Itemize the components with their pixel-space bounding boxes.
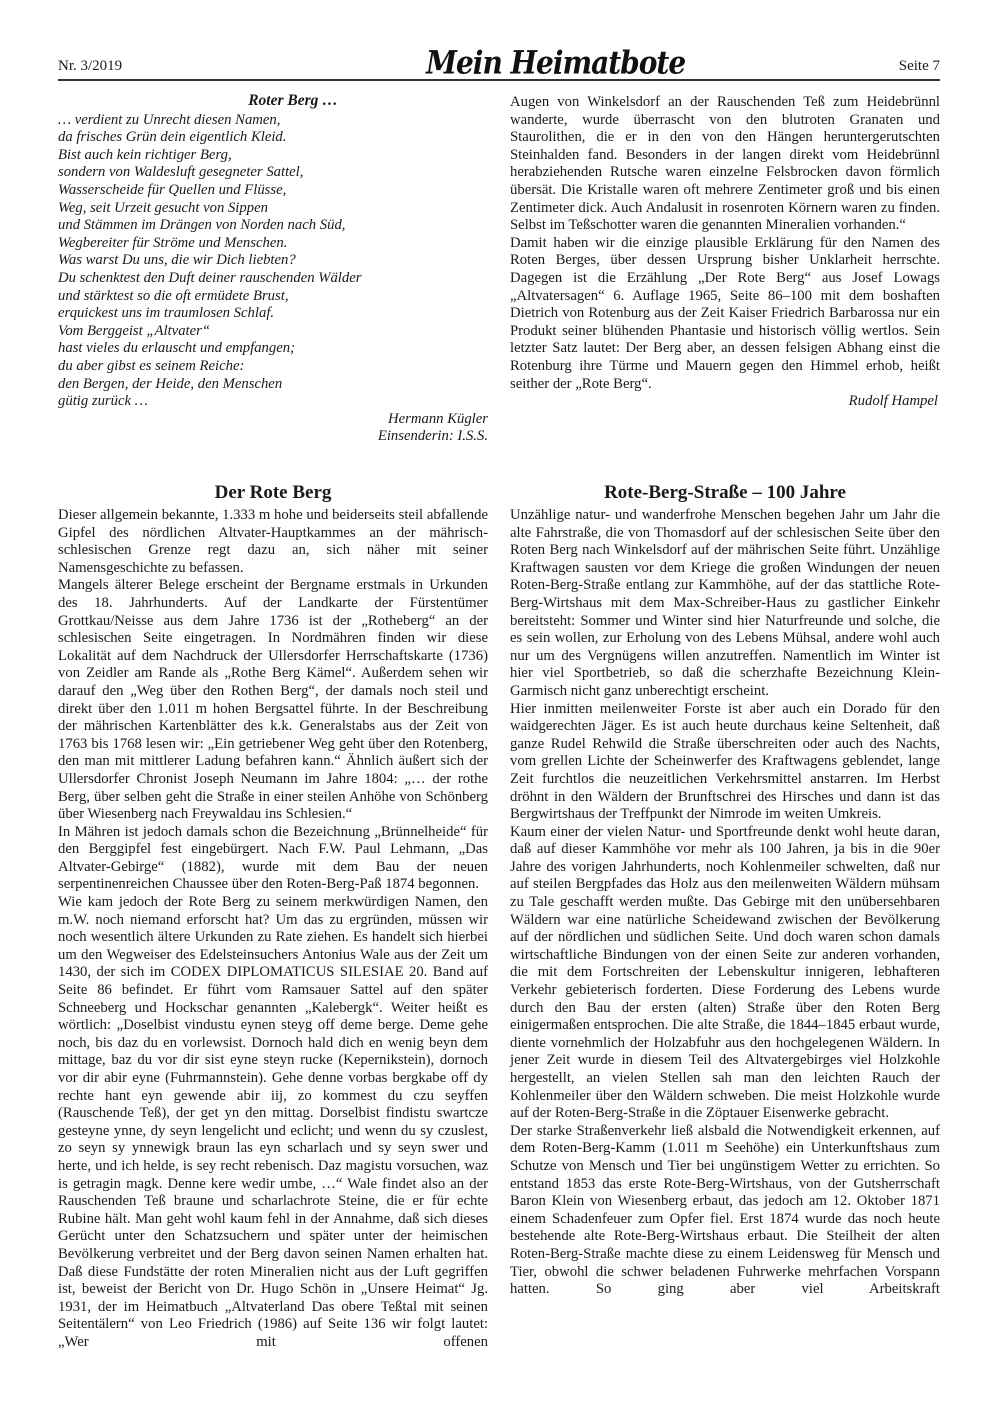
- paragraph: Dieser allgemein bekannte, 1.333 m hohe …: [58, 507, 488, 577]
- paragraph: Kaum einer der vielen Natur- und Sportfr…: [510, 824, 940, 1123]
- article-rote-berg-strasse: Rote-Berg-Straße – 100 Jahre Unzählige n…: [510, 481, 940, 1299]
- poem-line: du aber gibst es seinem Reiche:: [58, 358, 488, 376]
- poem-line: hast vieles du erlauscht und empfangen;: [58, 340, 488, 358]
- masthead-logo: Mein Heimatbote: [426, 44, 685, 82]
- article-der-rote-berg: Der Rote Berg Dieser allgemein bekannte,…: [58, 481, 488, 1352]
- issue-number: Nr. 3/2019: [58, 58, 122, 75]
- poem-line: Wasserscheide für Quellen und Flüsse,: [58, 182, 488, 200]
- poem-line: und stärktest so die oft ermüdete Brust,: [58, 288, 488, 306]
- page-number: Seite 7: [899, 58, 940, 75]
- article-title: Der Rote Berg: [58, 481, 488, 505]
- paragraph: Wie kam jedoch der Rote Berg zu seinem m…: [58, 894, 488, 1351]
- poem-line: Vom Berggeist „Altvater“: [58, 323, 488, 341]
- poem-line: Weg, seit Urzeit gesucht von Sippen: [58, 200, 488, 218]
- paragraph: Damit haben wir die einzige plausible Er…: [510, 235, 940, 393]
- poem-line: Bist auch kein richtiger Berg,: [58, 147, 488, 165]
- paragraph: Hier inmitten meilenweiter Forste ist ab…: [510, 701, 940, 824]
- paragraph: Mangels älterer Belege erscheint der Ber…: [58, 577, 488, 823]
- poem-line: den Bergen, der Heide, den Menschen: [58, 376, 488, 394]
- poem-author: Hermann Kügler: [58, 411, 488, 429]
- poem-line: Was warst Du uns, die wir Dich liebten?: [58, 252, 488, 270]
- continuation-author: Rudolf Hampel: [510, 393, 938, 411]
- poem-title: Roter Berg …: [58, 92, 488, 110]
- poem-line: Wegbereiter für Ströme und Menschen.: [58, 235, 488, 253]
- article-title: Rote-Berg-Straße – 100 Jahre: [510, 481, 940, 505]
- poem-submitter: Einsenderin: I.S.S.: [58, 428, 488, 446]
- paragraph: Der starke Straßenverkehr ließ alsbald d…: [510, 1123, 940, 1299]
- continuation-section: Augen von Winkelsdorf an der Rauschenden…: [510, 94, 940, 411]
- header-divider: [58, 79, 940, 81]
- poem-line: gütig zurück …: [58, 393, 488, 411]
- page-header: Nr. 3/2019 Mein Heimatbote Seite 7: [58, 52, 940, 78]
- poem-line: Du schenktest den Duft deiner rauschende…: [58, 270, 488, 288]
- poem-line: erquickest uns im traumlosen Schlaf.: [58, 305, 488, 323]
- paragraph: In Mähren ist jedoch damals schon die Be…: [58, 824, 488, 894]
- poem-line: und Stämmen im Drängen von Norden nach S…: [58, 217, 488, 235]
- paragraph: Augen von Winkelsdorf an der Rauschenden…: [510, 94, 940, 235]
- poem-line: sondern von Waldesluft gesegneter Sattel…: [58, 164, 488, 182]
- paragraph: Unzählige natur- und wanderfrohe Mensche…: [510, 507, 940, 701]
- poem-line: … verdient zu Unrecht diesen Namen,: [58, 112, 488, 130]
- poem-line: da frisches Grün dein eigentlich Kleid.: [58, 129, 488, 147]
- poem-section: Roter Berg … … verdient zu Unrecht diese…: [58, 92, 488, 446]
